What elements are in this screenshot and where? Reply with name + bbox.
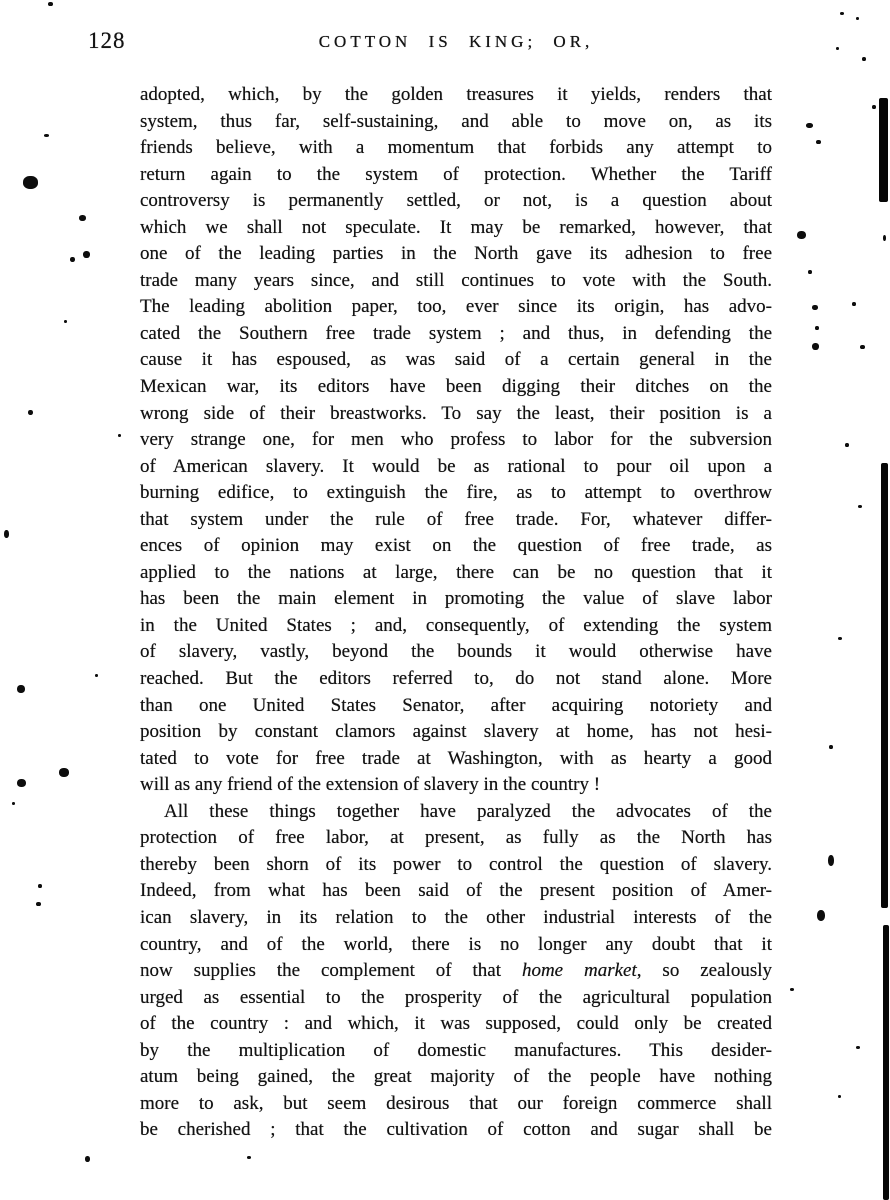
ink-speck [838,1095,841,1098]
ink-speck [862,57,866,61]
text-line: thereby been shorn of its power to contr… [140,852,772,879]
ink-speck [856,17,859,20]
text-line: adopted, which, by the golden treasures … [140,82,772,109]
ink-speck [17,779,26,787]
ink-speck [79,215,86,221]
ink-speck [808,270,812,274]
scan-edge-bar [879,98,888,202]
text-line: will as any friend of the extension of s… [140,772,772,799]
text-line: be cherished ; that the cultivation of c… [140,1117,772,1144]
ink-speck [44,134,49,137]
text-line: reached. But the editors referred to, do… [140,666,772,693]
text-line: than one United States Senator, after ac… [140,693,772,720]
text-line: system, thus far, self-sustaining, and a… [140,109,772,136]
ink-speck [838,637,842,640]
ink-speck [118,434,121,437]
text-line: urged as essential to the prosperity of … [140,985,772,1012]
ink-speck [815,326,819,330]
text-line: ican slavery, in its relation to the oth… [140,905,772,932]
text-line: ences of opinion may exist on the questi… [140,533,772,560]
ink-speck [860,345,865,349]
ink-speck [852,302,856,306]
text-line: tated to vote for free trade at Washingt… [140,746,772,773]
text-line: protection of free labor, at present, as… [140,825,772,852]
book-page-scan: 128 COTTON IS KING; OR, adopted, which, … [0,0,890,1200]
ink-speck [790,988,794,991]
text-line: more to ask, but seem desirous that our … [140,1091,772,1118]
ink-speck [38,884,42,888]
text-line: cause it has espoused, as was said of a … [140,347,772,374]
ink-speck [28,410,33,415]
ink-speck [883,235,886,241]
ink-speck [4,530,9,538]
ink-speck [812,343,819,350]
ink-speck [872,105,876,109]
text-line: in the United States ; and, consequently… [140,613,772,640]
ink-speck [829,745,833,749]
text-line: Indeed, from what has been said of the p… [140,878,772,905]
text-line: by the multiplication of domestic manufa… [140,1038,772,1065]
text-line: very strange one, for men who profess to… [140,427,772,454]
text-line: burning edifice, to extinguish the fire,… [140,480,772,507]
text-line: one of the leading parties in the North … [140,241,772,268]
text-line: wrong side of their breastworks. To say … [140,401,772,428]
ink-speck [59,768,69,777]
ink-speck [828,855,834,866]
body-text: adopted, which, by the golden treasures … [140,82,772,1144]
text-line: friends believe, with a momentum that fo… [140,135,772,162]
text-line: applied to the nations at large, there c… [140,560,772,587]
ink-speck [85,1156,90,1162]
text-line: atum being gained, the great majority of… [140,1064,772,1091]
ink-speck [12,802,15,805]
page-number: 128 [88,28,126,54]
ink-speck [845,443,849,447]
scan-edge-bar [881,463,888,908]
text-line: cated the Southern free trade system ; a… [140,321,772,348]
ink-speck [70,257,75,262]
ink-speck [836,47,839,50]
text-line: which we shall not speculate. It may be … [140,215,772,242]
ink-speck [247,1156,251,1159]
text-line: of American slavery. It would be as rati… [140,454,772,481]
text-line: controversy is permanently settled, or n… [140,188,772,215]
scan-edge-bar [883,925,889,1200]
ink-speck [64,320,67,323]
ink-speck [48,2,53,6]
text-line: country, and of the world, there is no l… [140,932,772,959]
ink-speck [797,231,806,239]
text-line: position by constant clamors against sla… [140,719,772,746]
text-line: trade many years since, and still contin… [140,268,772,295]
ink-speck [83,251,90,258]
text-line: of slavery, vastly, beyond the bounds it… [140,639,772,666]
ink-speck [23,176,38,189]
ink-speck [812,305,818,310]
ink-speck [817,910,825,921]
text-line: The leading abolition paper, too, ever s… [140,294,772,321]
ink-speck [36,902,41,906]
text-line: now supplies the complement of that home… [140,958,772,985]
ink-speck [816,140,821,144]
ink-speck [17,685,25,693]
ink-speck [858,505,862,508]
text-line: of the country : and which, it was suppo… [140,1011,772,1038]
ink-speck [95,674,98,677]
ink-speck [856,1046,860,1049]
ink-speck [840,12,844,15]
text-line: return again to the system of protection… [140,162,772,189]
text-line: Mexican war, its editors have been diggi… [140,374,772,401]
text-line: that system under the rule of free trade… [140,507,772,534]
text-line: All these things together have paralyzed… [140,799,772,826]
ink-speck [806,123,813,128]
running-header: COTTON IS KING; OR, [140,32,772,52]
text-line: has been the main element in promoting t… [140,586,772,613]
